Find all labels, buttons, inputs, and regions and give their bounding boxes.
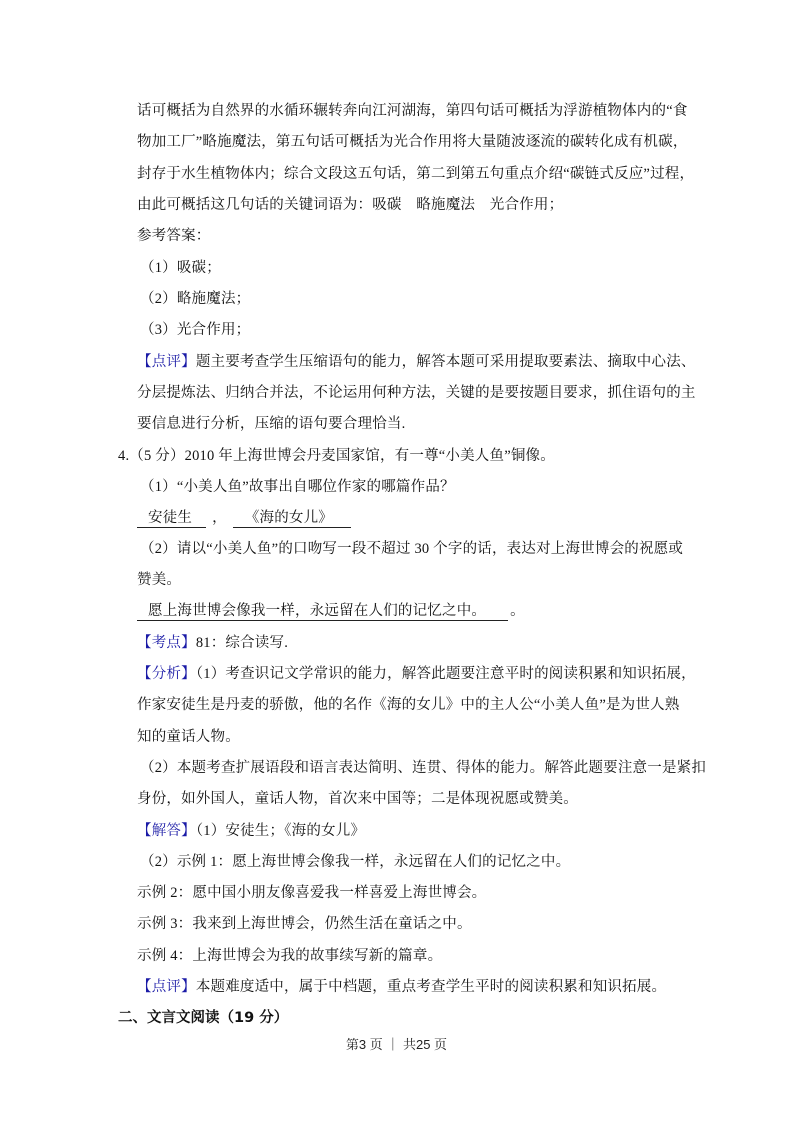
document-page: 话可概括为自然界的水循环辗转奔向江河湖海，第四句话可概括为浮游植物体内的“食 物… xyxy=(0,0,793,1122)
q3-comment-line: 要信息进行分析，压缩的语句要合理恰当. xyxy=(137,414,405,434)
kaodian-tag: 【考点】 xyxy=(137,635,196,651)
comment-text: 题主要考查学生压缩语句的能力，解答本题可采用提取要素法、摘取中心法、 xyxy=(196,354,696,370)
comment-tag: 【点评】 xyxy=(137,354,196,370)
analysis-tag: 【分析】 xyxy=(137,666,196,682)
q3-comment-line: 分层提炼法、归纳合并法，不论运用何种方法，关键的是要按题目要求，抓住语句的主 xyxy=(137,383,696,403)
q4-solution-line: 示例 3：我来到上海世博会，仍然生活在童话之中。 xyxy=(137,914,472,934)
q4-kaodian: 【考点】81：综合读写. xyxy=(137,633,288,653)
q4-sub1-prompt: （1）“小美人鱼”故事出自哪位作家的哪篇作品？ xyxy=(140,477,455,497)
comment-tag: 【点评】 xyxy=(137,979,196,995)
page-footer: 第3 页 ｜ 共25 页 xyxy=(0,1036,793,1054)
analysis-text: （1）考查识记文学常识的能力，解答此题要注意平时的阅读积累和知识拓展， xyxy=(196,666,696,682)
q3-comment-line: 【点评】题主要考查学生压缩语句的能力，解答本题可采用提取要素法、摘取中心法、 xyxy=(137,352,696,372)
answer-author-blank: 安徒生 xyxy=(137,509,206,528)
q4-sub2-prompt: （2）请以“小美人鱼”的口吻写一段不超过 30 个字的话，表达对上海世博会的祝愿… xyxy=(140,539,683,559)
analysis-continuation-line: 物加工厂”略施魔法，第五句话可概括为光合作用将大量随波逐流的碳转化成有机碳， xyxy=(137,132,688,152)
q4-solution-line: 示例 4：上海世博会为我的故事续写新的篇章。 xyxy=(137,946,442,966)
section-heading: 二、文言文阅读（19 分） xyxy=(118,1008,288,1028)
q4-sub2-prompt-cont: 赞美。 xyxy=(137,570,181,590)
q4-analysis-line: 知的童话人物。 xyxy=(137,727,240,747)
comment-text: 本题难度适中，属于中档题，重点考查学生平时的阅读积累和知识拓展。 xyxy=(196,979,666,995)
solution-tag: 【解答】 xyxy=(137,823,196,839)
answer-end-punct: 。 xyxy=(508,603,525,619)
answer-work-blank: 《海的女儿》 xyxy=(233,509,351,528)
reference-answer-item: （1）吸碳； xyxy=(140,258,221,278)
analysis-continuation-line: 话可概括为自然界的水循环辗转奔向江河湖海，第四句话可概括为浮游植物体内的“食 xyxy=(137,101,688,121)
q4-analysis-line: （2）本题考查扩展语段和语言表达简明、连贯、得体的能力。解答此题要注意一是紧扣 xyxy=(140,758,706,778)
q4-solution-line: 【解答】（1）安徒生；《海的女儿》 xyxy=(137,821,365,841)
reference-answer-item: （2）略施魔法； xyxy=(140,289,250,309)
solution-text: （1）安徒生；《海的女儿》 xyxy=(196,823,365,839)
kaodian-text: 81：综合读写. xyxy=(196,635,288,651)
q4-analysis-line: 【分析】（1）考查识记文学常识的能力，解答此题要注意平时的阅读积累和知识拓展， xyxy=(137,664,696,684)
q4-solution-line: 示例 2：愿中国小朋友像喜爱我一样喜爱上海世博会。 xyxy=(137,883,486,903)
reference-answer-item: （3）光合作用； xyxy=(140,320,250,340)
q4-comment-line: 【点评】本题难度适中，属于中档题，重点考查学生平时的阅读积累和知识拓展。 xyxy=(137,977,666,997)
reference-answer-label: 参考答案： xyxy=(137,226,211,246)
analysis-continuation-line: 封存于水生植物体内；综合文段这五句话，第二到第五句重点介绍“碳链式反应”过程， xyxy=(137,164,694,184)
q4-sub1-answer: 安徒生，《海的女儿》 xyxy=(137,508,351,528)
q4-sub2-answer: 愿上海世博会像我一样，永远留在人们的记忆之中。。 xyxy=(137,601,525,621)
q4-analysis-line: 身份，如外国人，童话人物，首次来中国等；二是体现祝愿或赞美。 xyxy=(137,789,578,809)
q4-analysis-line: 作家安徒生是丹麦的骄傲，他的名作《海的女儿》中的主人公“小美人鱼”是为世人熟 xyxy=(137,695,679,715)
analysis-continuation-line: 由此可概括这几句话的关键词语为：吸碳 略施魔法 光合作用； xyxy=(137,195,563,215)
q4-solution-line: （2）示例 1：愿上海世博会像我一样，永远留在人们的记忆之中。 xyxy=(140,852,570,872)
question-4-stem: 4.（5 分）2010 年上海世博会丹麦国家馆，有一尊“小美人鱼”铜像。 xyxy=(118,446,555,466)
answer-wish-blank: 愿上海世博会像我一样，永远留在人们的记忆之中。 xyxy=(137,602,508,621)
answer-separator: ， xyxy=(206,510,233,526)
